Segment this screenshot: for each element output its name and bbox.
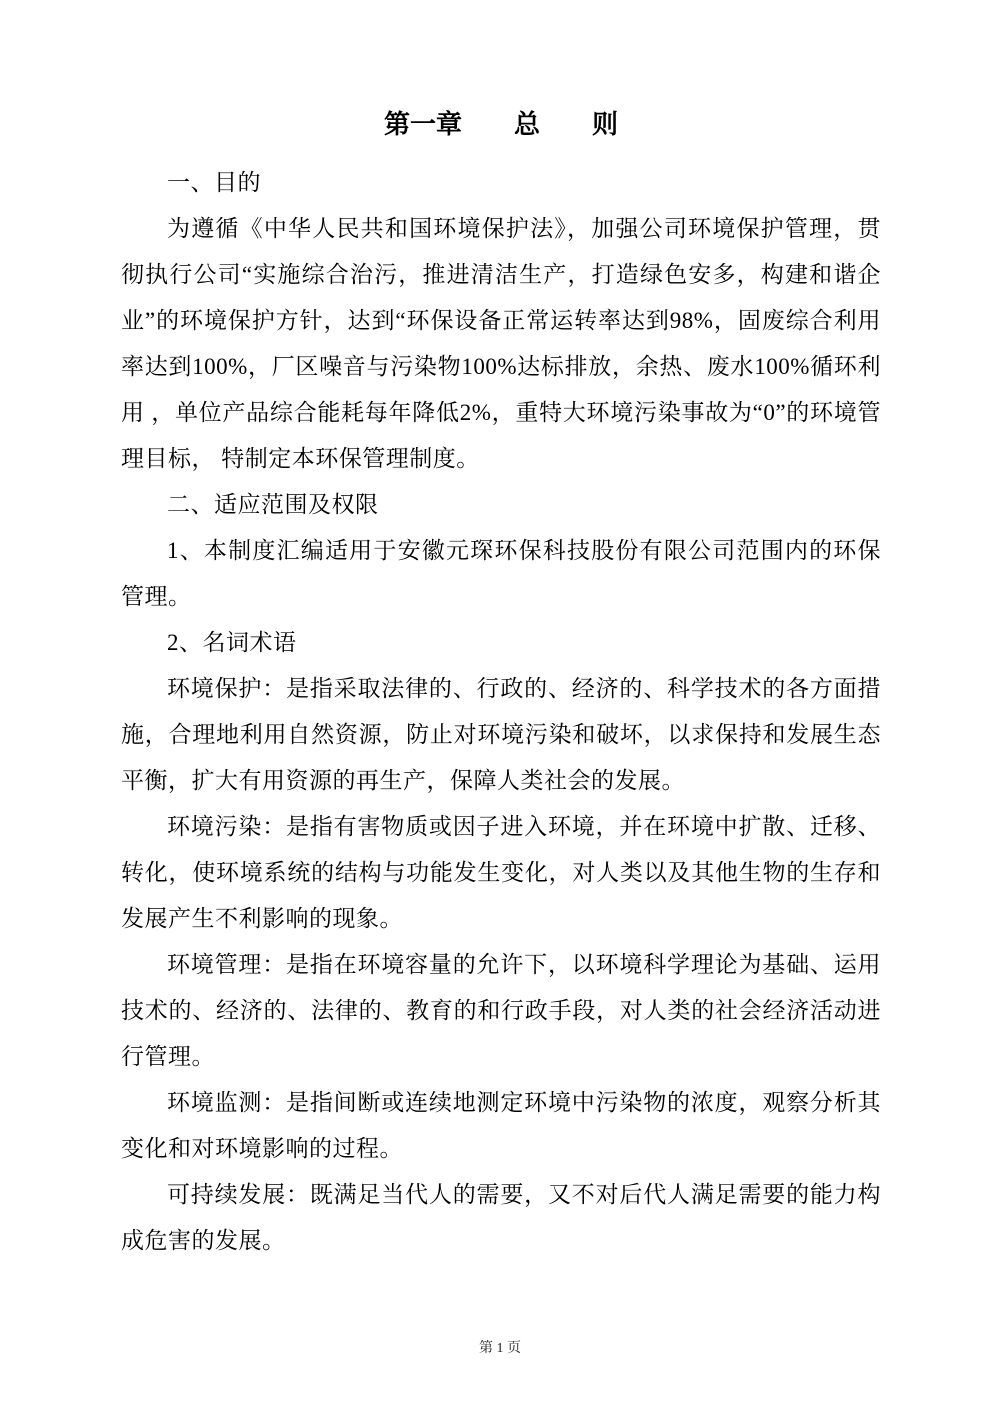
section-heading-scope: 二、适应范围及权限 — [121, 482, 881, 528]
paragraph-term-environmental-protection: 环境保护：是指采取法律的、行政的、经济的、科学技术的各方面措施，合理地利用自然资… — [121, 666, 881, 804]
paragraph-purpose-body: 为遵循《中华人民共和国环境保护法》，加强公司环境保护管理，贯彻执行公司“实施综合… — [121, 206, 881, 482]
paragraph-term-sustainable-development: 可持续发展：既满足当代人的需要，又不对后代人满足需要的能力构成危害的发展。 — [121, 1172, 881, 1264]
paragraph-term-environmental-monitoring: 环境监测：是指间断或连续地测定环境中污染物的浓度，观察分析其变化和对环境影响的过… — [121, 1080, 881, 1172]
paragraph-scope-item-1: 1、本制度汇编适用于安徽元琛环保科技股份有限公司范围内的环保管理。 — [121, 528, 881, 620]
section-heading-terms: 2、名词术语 — [121, 620, 881, 666]
document-page: 第一章 总 则 一、目的 为遵循《中华人民共和国环境保护法》，加强公司环境保护管… — [0, 0, 1000, 1415]
paragraph-term-environmental-pollution: 环境污染：是指有害物质或因子进入环境，并在环境中扩散、迁移、转化，使环境系统的结… — [121, 804, 881, 942]
section-heading-purpose: 一、目的 — [121, 160, 881, 206]
page-number: 第 1 页 — [0, 1337, 1000, 1357]
chapter-title: 第一章 总 则 — [121, 103, 881, 147]
paragraph-term-environmental-management: 环境管理：是指在环境容量的允许下，以环境科学理论为基础、运用技术的、经济的、法律… — [121, 942, 881, 1080]
